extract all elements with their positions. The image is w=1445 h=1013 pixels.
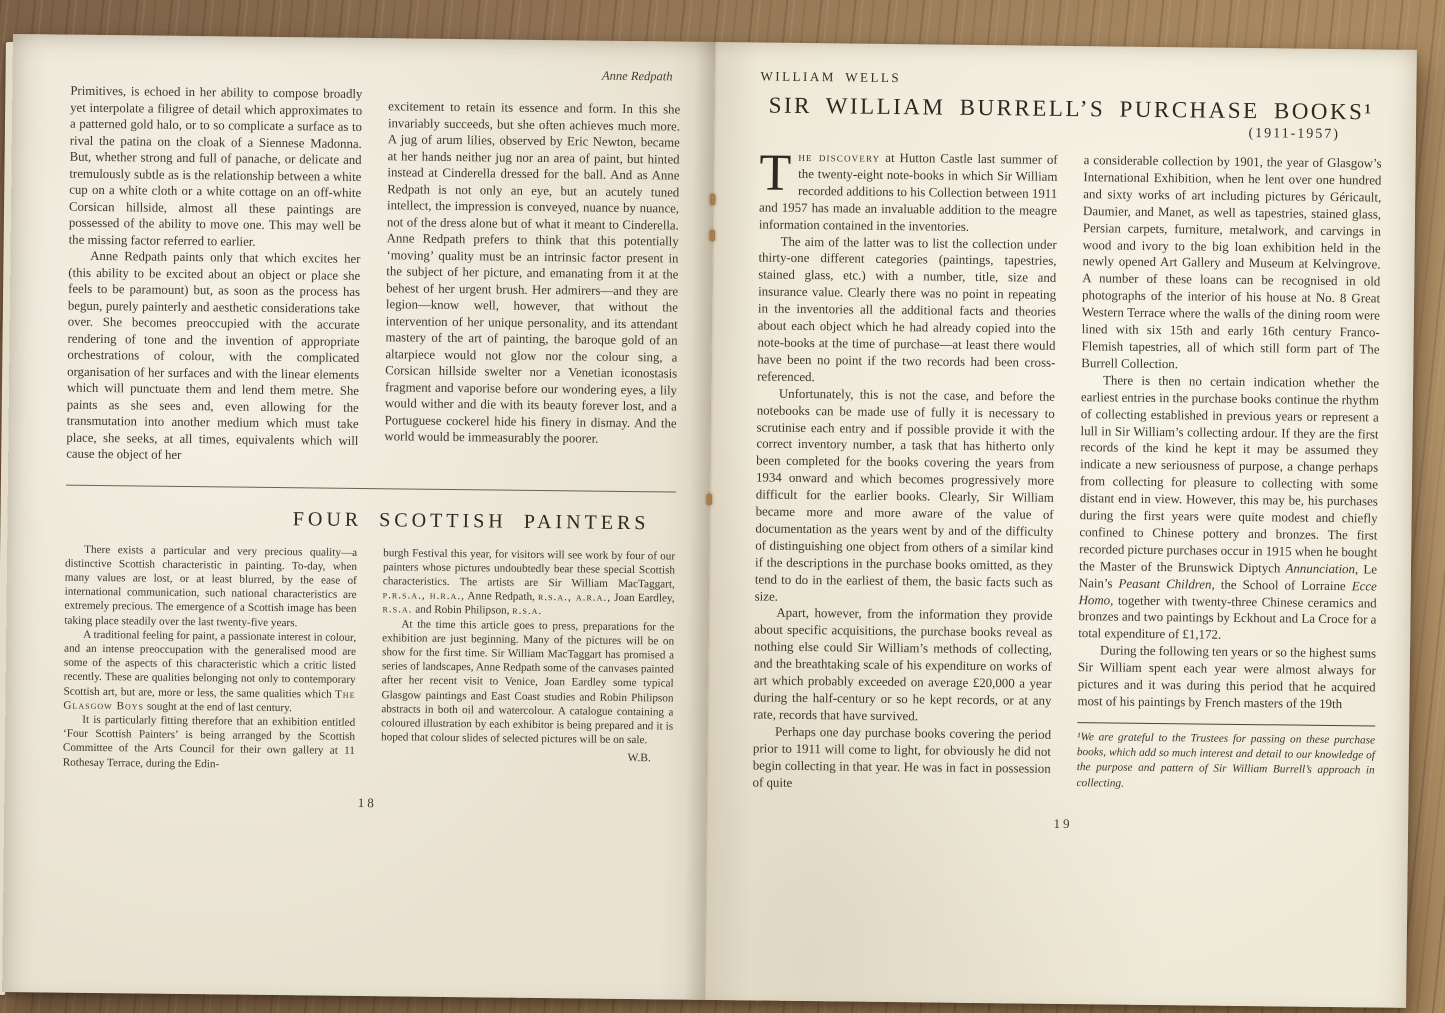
author-byline: WILLIAM WELLS bbox=[760, 68, 1382, 91]
article-column-2: a considerable collection by 1901, the y… bbox=[1076, 152, 1381, 798]
paragraph: The aim of the latter was to list the co… bbox=[757, 233, 1057, 389]
text-segment: he discovery bbox=[798, 150, 880, 165]
paragraph: Anne Redpath paints only that which exci… bbox=[66, 248, 360, 466]
paragraph: excitement to retain its essence and for… bbox=[384, 98, 680, 448]
text-segment: r.s.a. bbox=[382, 604, 412, 616]
burrell-article: The discovery at Hutton Castle last summ… bbox=[752, 148, 1381, 797]
paragraph: Perhaps one day purchase books covering … bbox=[752, 723, 1051, 794]
paragraph: It is particularly fitting therefore tha… bbox=[63, 713, 356, 773]
text-segment: A traditional feeling for paint, a passi… bbox=[63, 629, 356, 701]
text-segment: burgh Festival this year, for visitors w… bbox=[383, 547, 675, 591]
article-column-1: The discovery at Hutton Castle last summ… bbox=[752, 148, 1057, 794]
page-right: WILLIAM WELLS SIR WILLIAM BURRELL’S PURC… bbox=[704, 42, 1417, 1008]
four-scottish-painters-article: There exists a particular and very preci… bbox=[63, 542, 676, 776]
paragraph: At the time this article goes to press, … bbox=[381, 617, 674, 748]
section-heading: FOUR SCOTTISH PAINTERS bbox=[65, 505, 675, 535]
text-segment: and Robin Philipson, bbox=[412, 604, 512, 617]
author-initials: W.B. bbox=[381, 749, 673, 767]
footnote-rule bbox=[1077, 722, 1375, 726]
paragraph: There exists a particular and very preci… bbox=[64, 542, 357, 631]
divider-rule bbox=[66, 484, 676, 492]
page-left: Anne Redpath Primitives, is echoed in he… bbox=[2, 34, 715, 1000]
text-segment: Joan Eardley, bbox=[611, 592, 675, 605]
staple-mark bbox=[707, 494, 712, 505]
text-segment: r.s.a. bbox=[512, 605, 542, 617]
staple-mark bbox=[710, 230, 715, 241]
text-segment: , together with twenty-three Chinese cer… bbox=[1078, 593, 1377, 642]
staple-mark bbox=[710, 194, 715, 205]
paragraph: A traditional feeling for paint, a passi… bbox=[63, 627, 356, 716]
page-number-right: 19 bbox=[752, 813, 1374, 836]
text-segment: There is then no certain indication whet… bbox=[1079, 373, 1379, 575]
page-number-left: 18 bbox=[62, 791, 672, 814]
paragraph: Primitives, is echoed in her ability to … bbox=[69, 83, 363, 251]
anne-redpath-article: Primitives, is echoed in her ability to … bbox=[66, 83, 680, 469]
paragraph: Apart, however, from the information the… bbox=[753, 605, 1052, 727]
paragraph: burgh Festival this year, for visitors w… bbox=[382, 546, 675, 620]
paragraph: Unfortunately, this is not the case, and… bbox=[755, 385, 1055, 608]
paragraph: a considerable collection by 1901, the y… bbox=[1081, 152, 1381, 375]
text-segment: , the School of Lorraine bbox=[1211, 577, 1351, 593]
running-header: Anne Redpath bbox=[70, 63, 680, 86]
drop-cap: T bbox=[759, 148, 798, 194]
paragraph: During the following ten years or so the… bbox=[1077, 642, 1376, 713]
open-book: Anne Redpath Primitives, is echoed in he… bbox=[2, 34, 1417, 1008]
paragraph-dropcap: The discovery at Hutton Castle last summ… bbox=[759, 148, 1058, 236]
text-segment: sought at the end of last century. bbox=[144, 700, 292, 714]
article-column-1: Primitives, is echoed in her ability to … bbox=[66, 83, 362, 466]
text-segment: r.s.a., a.r.a., bbox=[538, 591, 611, 604]
footnote: ¹We are grateful to the Trustees for pas… bbox=[1076, 730, 1375, 794]
text-segment: Annunciation bbox=[1285, 561, 1355, 576]
paragraph: There is then no certain indication whet… bbox=[1078, 372, 1379, 646]
article-column-2: excitement to retain its essence and for… bbox=[384, 86, 680, 469]
text-segment: Anne Redpath, bbox=[465, 590, 538, 603]
article-column-1: There exists a particular and very preci… bbox=[63, 542, 358, 773]
text-segment: Peasant Children bbox=[1118, 576, 1211, 591]
article-column-2: burgh Festival this year, for visitors w… bbox=[381, 546, 676, 777]
photo-background: { "colors": { "wood": "#96785a", "paper_… bbox=[0, 0, 1445, 1013]
text-segment: p.r.s.a., h.r.a., bbox=[383, 589, 465, 602]
